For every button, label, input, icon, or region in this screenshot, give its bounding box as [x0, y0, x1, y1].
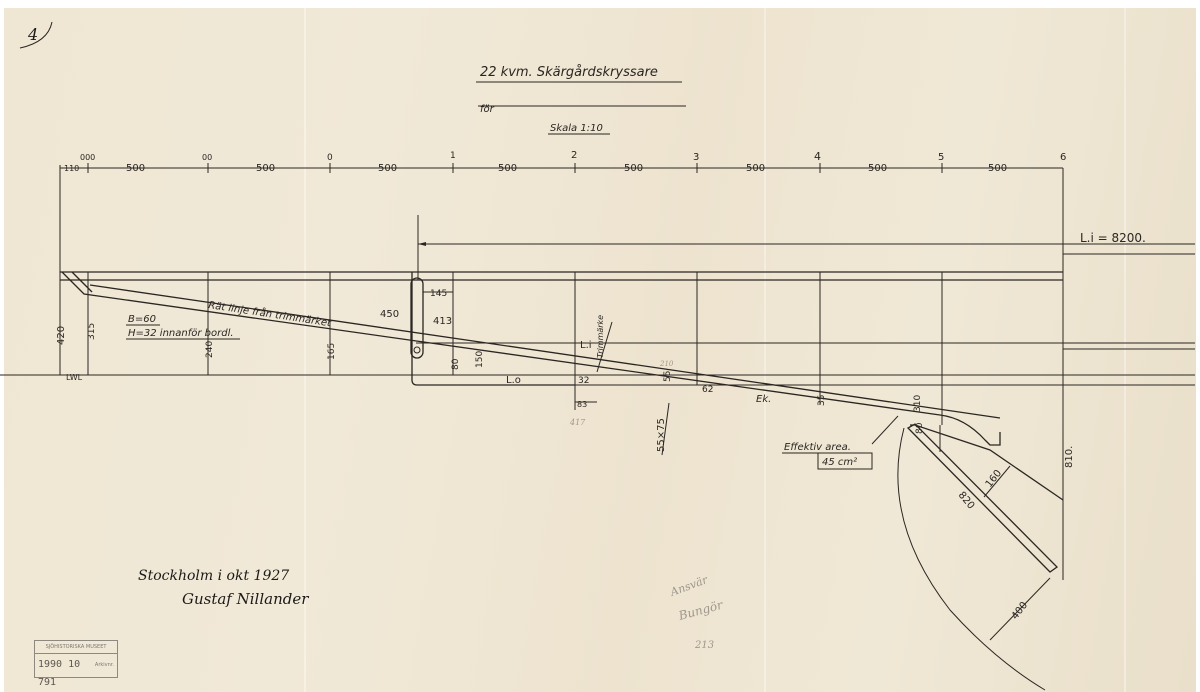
pencil-notes: 210 417 Ansvär Bungör 213 [569, 360, 725, 651]
svg-text:810.: 810. [1064, 446, 1075, 468]
station-labels: 000 00 0 1 2 3 4 5 6 [80, 150, 1066, 163]
straight-line-note: Rät linje från trimmärket [208, 298, 333, 329]
keel-h-note: H=32 innanför bordl. [128, 328, 234, 339]
place-date: Stockholm i okt 1927 [138, 568, 289, 584]
svg-text:35: 35 [817, 395, 827, 406]
designer-signature: Gustaf Nillander [182, 590, 309, 608]
overall-length-dimension: L.i = 8200. [418, 215, 1195, 280]
svg-text:3: 3 [693, 152, 699, 163]
svg-text:L.o: L.o [506, 375, 521, 386]
stamp-archive-label: Arkivnr. [95, 656, 114, 692]
svg-text:Ansvär: Ansvär [668, 573, 710, 599]
station-dimension-chain: 110 500 500 500 500 500 500 500 500 000 … [60, 150, 1066, 580]
keel-b-note: B=60 [128, 314, 156, 325]
lwl-label: LWL [66, 373, 83, 382]
keel-lines: Rät linje från trimmärket B=60 H=32 inna… [62, 272, 1000, 418]
svg-text:2: 2 [571, 150, 577, 161]
title-block: 22 kvm. Skärgårdskryssare för Skala 1:10 [476, 65, 686, 134]
svg-text:80: 80 [451, 358, 461, 370]
svg-text:145: 145 [430, 289, 447, 299]
svg-text:0: 0 [327, 153, 333, 163]
rudder-blade: 310 80 160 820 810. 400 [898, 395, 1075, 690]
svg-text:62: 62 [702, 385, 713, 395]
svg-text:500: 500 [988, 163, 1007, 174]
stamp-archive-number: 1990 10 791 [38, 656, 95, 692]
svg-text:310: 310 [913, 395, 923, 412]
svg-text:1: 1 [450, 151, 456, 161]
drawing-title: 22 kvm. Skärgårdskryssare [480, 65, 658, 80]
svg-text:45 cm²: 45 cm² [822, 457, 857, 468]
svg-text:5: 5 [938, 152, 944, 163]
svg-text:55: 55 [663, 371, 673, 382]
svg-text:150: 150 [475, 351, 485, 368]
svg-text:213: 213 [694, 640, 714, 651]
svg-text:500: 500 [126, 163, 145, 174]
svg-text:500: 500 [378, 163, 397, 174]
svg-text:450: 450 [380, 309, 399, 320]
svg-text:32: 32 [578, 376, 589, 386]
svg-text:L.i = 8200.: L.i = 8200. [1080, 231, 1146, 245]
svg-text:500: 500 [498, 163, 517, 174]
svg-text:55×75: 55×75 [656, 418, 667, 452]
museum-stamp: SJÖHISTORISKA MUSEET 1990 10 791 Arkivnr… [34, 640, 118, 678]
svg-text:500: 500 [746, 163, 765, 174]
svg-text:315: 315 [87, 323, 97, 340]
svg-text:83: 83 [577, 400, 587, 409]
svg-text:500: 500 [868, 163, 887, 174]
svg-text:110: 110 [64, 164, 79, 173]
svg-text:240: 240 [205, 341, 215, 358]
svg-text:80: 80 [915, 422, 925, 434]
signature-block: Stockholm i okt 1927 Gustaf Nillander [138, 568, 309, 608]
sheet-number-mark: 4 [20, 22, 52, 48]
svg-text:Ek.: Ek. [756, 394, 771, 405]
svg-text:6: 6 [1060, 152, 1066, 163]
scale-label: Skala 1:10 [550, 123, 603, 134]
vertical-dimensions: 420 315 240 165 80 150 LWL [56, 323, 485, 382]
svg-text:000: 000 [80, 153, 95, 162]
svg-text:417: 417 [569, 418, 586, 427]
svg-text:4: 4 [814, 150, 821, 163]
svg-text:500: 500 [256, 163, 275, 174]
svg-text:500: 500 [624, 163, 643, 174]
svg-text:210: 210 [659, 360, 674, 368]
svg-text:413: 413 [433, 316, 452, 327]
svg-text:Effektiv area.: Effektiv area. [784, 442, 851, 453]
svg-text:160: 160 [984, 468, 1004, 490]
svg-text:4: 4 [27, 25, 38, 44]
effective-area-note: Effektiv area. 45 cm² [782, 416, 898, 469]
svg-text:165: 165 [327, 343, 337, 360]
svg-text:L.i: L.i [580, 340, 592, 351]
svg-text:420: 420 [56, 326, 67, 345]
station-lines [88, 272, 942, 425]
svg-text:Bungör: Bungör [676, 597, 725, 623]
technical-drawing: 4 22 kvm. Skärgårdskryssare för Skala 1:… [0, 0, 1200, 692]
stamp-museum: SJÖHISTORISKA MUSEET [35, 641, 117, 654]
svg-text:820: 820 [956, 490, 977, 512]
svg-text:400: 400 [1010, 600, 1030, 622]
svg-text:00: 00 [202, 153, 212, 162]
